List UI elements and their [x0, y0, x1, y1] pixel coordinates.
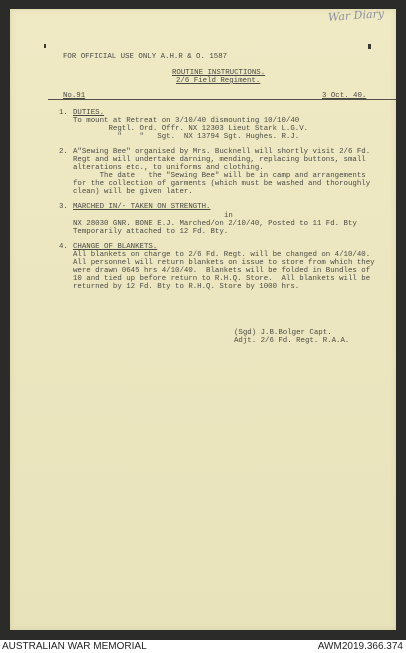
item-number: 1.: [59, 109, 68, 118]
item-line: returned by 12 Fd. Bty to R.H.Q. Store b…: [73, 283, 299, 292]
item-line: " " Sgt. NX 13794 Sgt. Hughes. R.J.: [73, 133, 299, 142]
signature-title: Adjt. 2/6 Fd. Regt. R.A.A.: [234, 337, 349, 346]
classification-line: FOR OFFICIAL USE ONLY A.H.R & O. 1587: [63, 53, 227, 62]
item-number: 4.: [59, 243, 68, 252]
document-page: [10, 9, 396, 630]
punch-mark: [368, 44, 371, 49]
archive-caption: AUSTRALIAN WAR MEMORIAL: [2, 640, 147, 653]
item-line: Temporarily attached to 12 Fd. Bty.: [73, 228, 228, 237]
item-number: 2.: [59, 148, 68, 157]
header-divider: [48, 99, 396, 100]
archive-id: AWM2019.366.374: [318, 640, 403, 653]
item-heading-marched-in: MARCHED IN/- TAKEN ON STRENGTH.: [73, 203, 211, 212]
item-line: clean) will be given later.: [73, 188, 193, 197]
punch-mark: [44, 44, 46, 48]
unit-name: 2/6 Field Regiment.: [176, 77, 260, 86]
item-number: 3.: [59, 203, 68, 212]
